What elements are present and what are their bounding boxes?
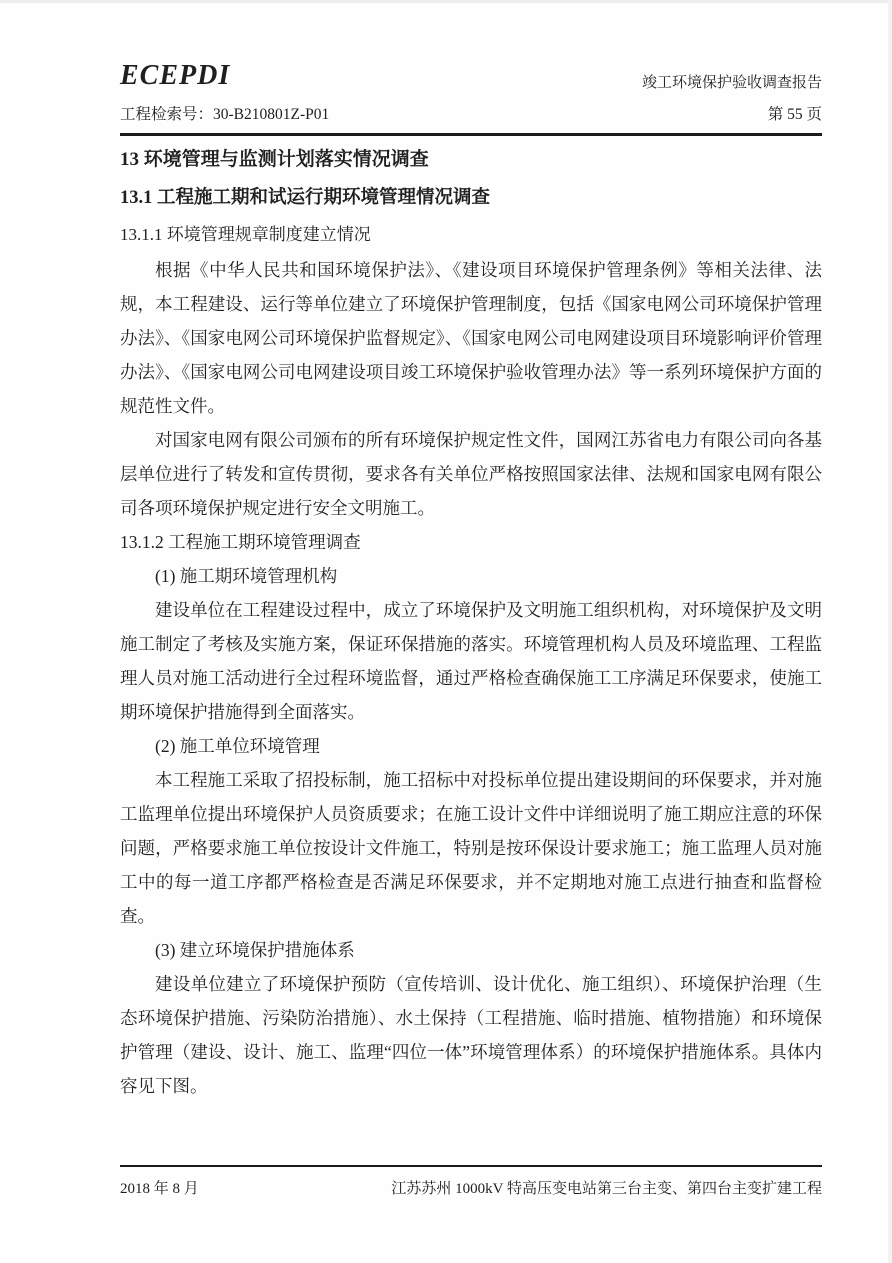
paragraph-regulations: 根据《中华人民共和国环境保护法》、《建设项目环境保护管理条例》等相关法律、法规，… bbox=[120, 253, 822, 423]
page-body: ECEPDI 竣工环境保护验收调查报告 工程检索号：30-B210801Z-P0… bbox=[120, 0, 822, 1103]
heading-subsection-13-1-1: 13.1.1 环境管理规章制度建立情况 bbox=[120, 222, 822, 248]
paragraph-contractor-management: 本工程施工采取了招投标制，施工招标中对投标单位提出建设期间的环保要求，并对施工监… bbox=[120, 763, 822, 933]
paragraph-management-org: 建设单位在工程建设过程中，成立了环境保护及文明施工组织机构，对环境保护及文明施工… bbox=[120, 593, 822, 729]
doc-index-number: 工程检索号：30-B210801Z-P01 bbox=[120, 104, 329, 126]
footer-project-name: 江苏苏州 1000kV 特高压变电站第三台主变、第四台主变扩建工程 bbox=[391, 1179, 822, 1199]
header-subrow: 工程检索号：30-B210801Z-P01 第 55 页 bbox=[120, 104, 822, 136]
list-item-3: (3) 建立环境保护措施体系 bbox=[120, 933, 822, 967]
scan-edge-top bbox=[0, 0, 892, 3]
heading-section-13-1: 13.1 工程施工期和试运行期环境管理情况调查 bbox=[120, 185, 822, 211]
page-footer: 2018 年 8 月 江苏苏州 1000kV 特高压变电站第三台主变、第四台主变… bbox=[120, 1165, 822, 1199]
paragraph-measure-system: 建设单位建立了环境保护预防（宣传培训、设计优化、施工组织）、环境保护治理（生态环… bbox=[120, 967, 822, 1103]
paragraph-dissemination: 对国家电网有限公司颁布的所有环境保护规定性文件，国网江苏省电力有限公司向各基层单… bbox=[120, 423, 822, 525]
heading-subsection-13-1-2: 13.1.2 工程施工期环境管理调查 bbox=[120, 525, 822, 559]
page-header: ECEPDI 竣工环境保护验收调查报告 bbox=[120, 0, 822, 94]
page-number: 第 55 页 bbox=[768, 104, 822, 126]
list-item-1: (1) 施工期环境管理机构 bbox=[120, 559, 822, 593]
document-page: { "header": { "logo": "ECEPDI", "report_… bbox=[0, 0, 892, 1263]
report-title: 竣工环境保护验收调查报告 bbox=[642, 72, 822, 94]
company-logo: ECEPDI bbox=[120, 58, 230, 94]
list-item-2: (2) 施工单位环境管理 bbox=[120, 729, 822, 763]
footer-date: 2018 年 8 月 bbox=[120, 1179, 199, 1199]
scan-edge-right bbox=[888, 0, 892, 1263]
heading-chapter-13: 13 环境管理与监测计划落实情况调查 bbox=[120, 147, 822, 173]
